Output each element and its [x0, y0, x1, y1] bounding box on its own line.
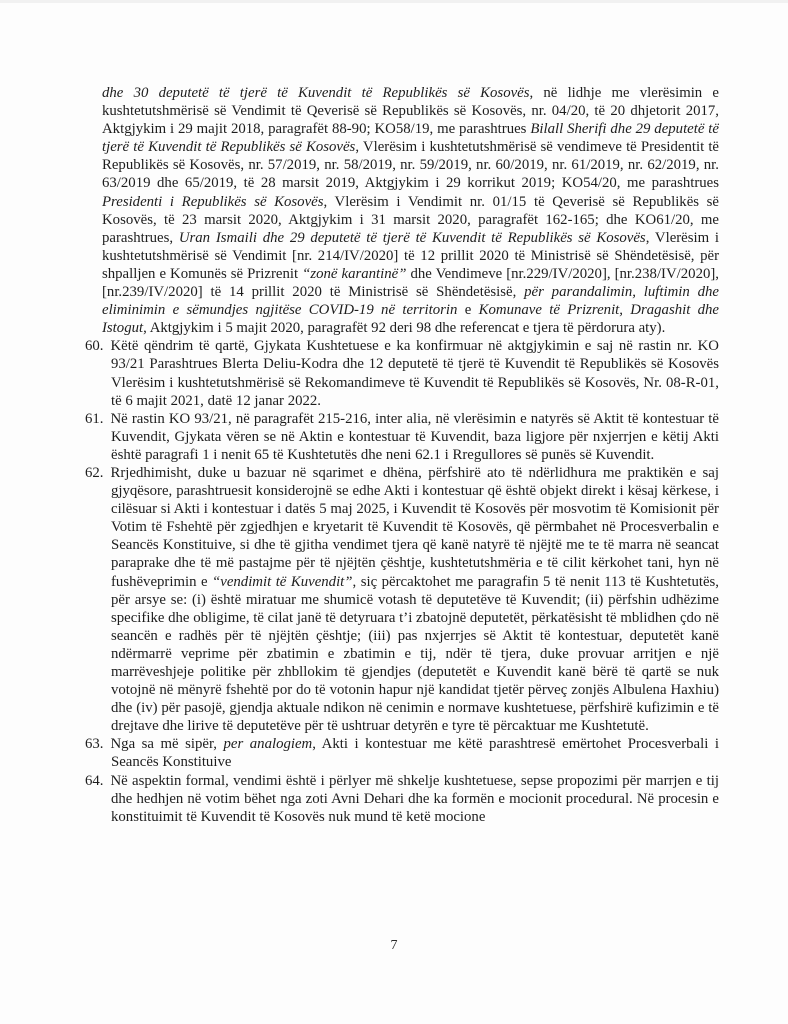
item-number: 63.	[85, 736, 111, 752]
numbered-item-63: 63.Nga sa më sipër, per analogiem, Akti …	[85, 735, 719, 771]
text-run: e	[457, 302, 478, 318]
text-run: Presidenti i Republikës së Kosovës	[102, 194, 323, 210]
text-run: , siç përcaktohet me paragrafin 5 të nen…	[111, 574, 719, 735]
text-run: “zonë karantinë”	[302, 266, 406, 282]
text-run: Uran Ismaili dhe 29 deputetë të tjerë të…	[179, 230, 646, 246]
numbered-item-61: 61.Në rastin KO 93/21, në paragrafët 215…	[85, 410, 719, 464]
text-run: Në aspektin formal, vendimi është i përl…	[111, 773, 720, 825]
item-number: 62.	[85, 465, 111, 481]
text-run: dhe 30 deputetë të tjerë të Kuvendit të …	[102, 85, 529, 101]
item-number: 61.	[85, 411, 111, 427]
item-number: 64.	[85, 773, 111, 789]
text-run: per analogiem	[224, 736, 313, 752]
item-number: 60.	[85, 338, 111, 354]
page-content: dhe 30 deputetë të tjerë të Kuvendit të …	[85, 84, 719, 826]
document-page: dhe 30 deputetë të tjerë të Kuvendit të …	[0, 0, 788, 1024]
text-run: Në rastin KO 93/21, në paragrafët 215-21…	[111, 411, 720, 463]
text-run: Nga sa më sipër,	[111, 736, 224, 752]
numbered-item-62: 62.Rrjedhimisht, duke u bazuar në sqarim…	[85, 464, 719, 735]
page-number: 7	[0, 938, 788, 954]
continuation-paragraph: dhe 30 deputetë të tjerë të Kuvendit të …	[102, 84, 719, 337]
numbered-item-60: 60.Këtë qëndrim të qartë, Gjykata Kushte…	[85, 337, 719, 409]
text-run: , Aktgjykim i 5 majit 2020, paragrafët 9…	[143, 320, 665, 336]
page-top-edge	[0, 0, 788, 3]
text-run: Këtë qëndrim të qartë, Gjykata Kushtetue…	[111, 338, 720, 408]
text-run: Rrjedhimisht, duke u bazuar në sqarimet …	[111, 465, 720, 590]
text-run: “vendimit të Kuvendit”	[212, 574, 353, 590]
numbered-item-64: 64.Në aspektin formal, vendimi është i p…	[85, 772, 719, 826]
